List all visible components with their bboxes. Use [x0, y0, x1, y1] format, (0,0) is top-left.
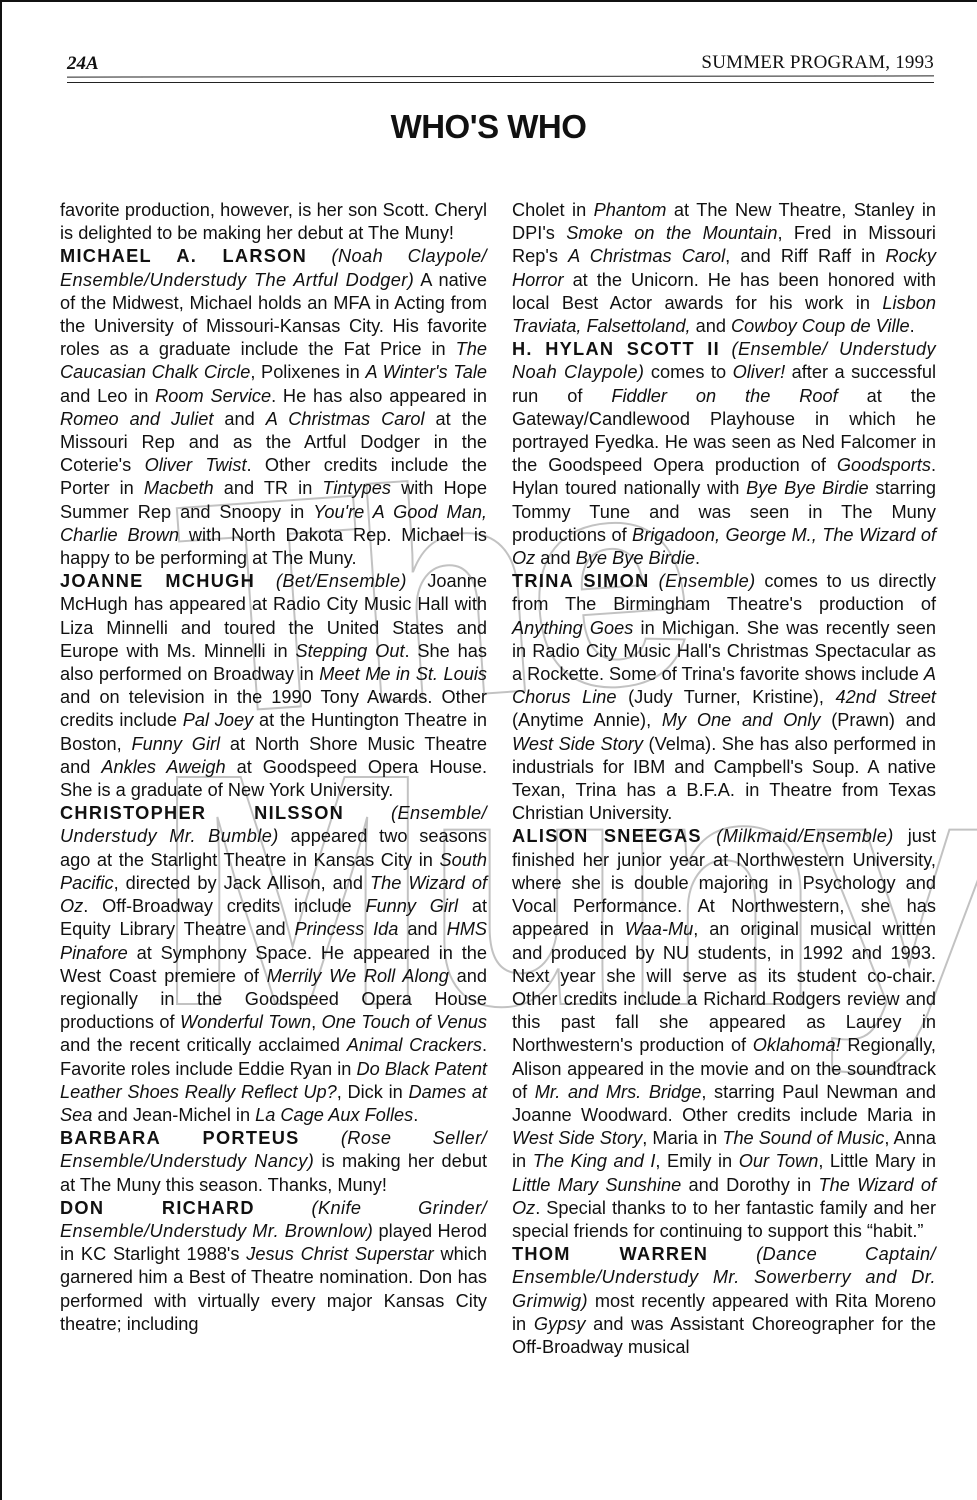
production-title: West Side Story: [512, 1128, 642, 1148]
production-title: Phantom: [594, 200, 667, 220]
performer-name: TRINA SIMON: [512, 571, 650, 591]
production-title: One Touch of Venus: [322, 1012, 487, 1032]
production-title: La Cage Aux Folles: [255, 1105, 413, 1125]
production-title: Stepping Out: [296, 641, 405, 661]
bio-entry: TRINA SIMON (Ensemble) comes to us direc…: [512, 570, 936, 825]
production-title: Animal Crackers: [347, 1035, 482, 1055]
production-title: Pal Joey: [183, 710, 253, 730]
production-title: Oliver Twist: [145, 455, 247, 475]
production-title: Goodsports: [837, 455, 931, 475]
production-title: Tintypes: [322, 478, 391, 498]
production-title: Bye Bye Birdie: [746, 478, 869, 498]
performer-role: (Ensemble): [650, 571, 756, 591]
production-title: A Christmas Carol: [568, 246, 725, 266]
production-title: Gypsy: [534, 1314, 586, 1334]
production-title: Anything Goes: [512, 618, 633, 638]
bio-list: MICHAEL A. LARSON (Noah Claypole/ Ensemb…: [60, 245, 487, 1336]
bio-entry: H. HYLAN SCOTT II (Ensemble/ Understudy …: [512, 338, 936, 570]
production-title: The King and I: [533, 1151, 656, 1171]
production-title: Funny Girl: [365, 896, 458, 916]
production-title: You're A Good Man, Charlie Brown: [60, 502, 487, 545]
bio-entry: BARBARA PORTEUS (Rose Seller/ Ensemble/U…: [60, 1127, 487, 1197]
production-title: Wonderful Town: [180, 1012, 311, 1032]
performer-role: (Milkmaid/Ensemble): [702, 826, 894, 846]
performer-name: MICHAEL A. LARSON: [60, 246, 307, 266]
production-title: Oklahoma!: [753, 1035, 841, 1055]
production-title: Mr. and Mrs. Bridge: [535, 1082, 702, 1102]
production-title: My One and Only: [662, 710, 821, 730]
production-title: A Christmas Carol: [266, 409, 425, 429]
left-column: favorite production, however, is her son…: [60, 199, 487, 1336]
production-title: Our Town: [739, 1151, 819, 1171]
production-title: The Sound of Music: [722, 1128, 884, 1148]
bio-entry: DON RICHARD (Knife Grinder/ Ensemble/Und…: [60, 1197, 487, 1336]
production-title: HMS Pinafore: [60, 919, 487, 962]
production-title: Princess Ida: [294, 919, 398, 939]
production-title: A Winter's Tale: [365, 362, 487, 382]
production-title: Bye Bye Birdie: [576, 548, 695, 568]
performer-name: ALISON SNEEGAS: [512, 826, 702, 846]
bio-entry: MICHAEL A. LARSON (Noah Claypole/ Ensemb…: [60, 245, 487, 570]
production-title: Merrily We Roll Along: [267, 966, 449, 986]
production-title: Macbeth: [144, 478, 214, 498]
page-title: WHO'S WHO: [0, 108, 977, 146]
continuation-paragraph: Cholet in Phantom at The New Theatre, St…: [512, 199, 936, 338]
production-title: Smoke on the Mountain: [566, 223, 777, 243]
production-title: Meet Me in St. Louis: [319, 664, 487, 684]
performer-name: BARBARA PORTEUS: [60, 1128, 300, 1148]
page-header: 24A SUMMER PROGRAM, 1993: [67, 51, 934, 77]
bio-entry: ALISON SNEEGAS (Milkmaid/Ensemble) just …: [512, 825, 936, 1243]
production-title: Funny Girl: [131, 734, 220, 754]
production-title: Romeo and Juliet: [60, 409, 213, 429]
performer-name: DON RICHARD: [60, 1198, 255, 1218]
bio-entry: CHRISTOPHER NILSSON (Ensemble/ Understud…: [60, 802, 487, 1127]
bio-entry: JOANNE MCHUGH (Bet/Ensemble) Joanne McHu…: [60, 570, 487, 802]
production-title: Cowboy Coup de Ville: [731, 316, 910, 336]
performer-name: CHRISTOPHER NILSSON: [60, 803, 344, 823]
running-title: SUMMER PROGRAM, 1993: [701, 52, 934, 74]
production-title: Fiddler on the Roof: [611, 386, 837, 406]
right-column: Cholet in Phantom at The New Theatre, St…: [512, 199, 936, 1359]
production-title: Little Mary Sunshine: [512, 1175, 681, 1195]
header-rule-bottom: [67, 82, 934, 83]
performer-role: (Bet/Ensemble): [255, 571, 407, 591]
production-title: Ankles Aweigh: [101, 757, 225, 777]
production-title: Waa-Mu: [625, 919, 693, 939]
performer-name: THOM WARREN: [512, 1244, 708, 1264]
performer-name: H. HYLAN SCOTT II: [512, 339, 720, 359]
performer-name: JOANNE MCHUGH: [60, 571, 255, 591]
production-title: West Side Story: [512, 734, 643, 754]
bio-list: H. HYLAN SCOTT II (Ensemble/ Understudy …: [512, 338, 936, 1359]
bio-entry: THOM WARREN (Dance Captain/ Ensemble/Und…: [512, 1243, 936, 1359]
page-number: 24A: [67, 53, 99, 75]
production-title: Jesus Christ Superstar: [246, 1244, 433, 1264]
production-title: Room Service: [155, 386, 271, 406]
continuation-paragraph: favorite production, however, is her son…: [60, 199, 487, 245]
production-title: 42nd Street: [835, 687, 936, 707]
production-title: Oliver!: [733, 362, 786, 382]
